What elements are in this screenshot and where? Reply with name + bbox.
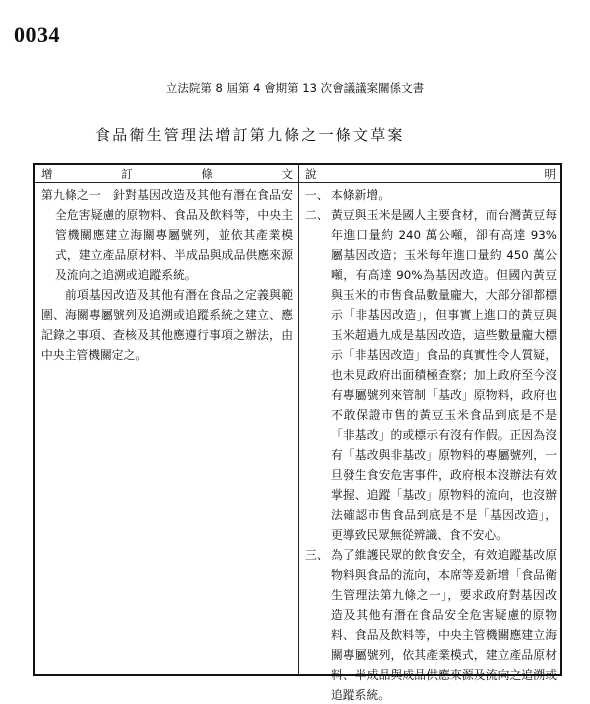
explanation-item: 三、 為了維護民眾的飲食安全，有效追蹤基改原物料與食品的流向，本席等爰新增「食品… xyxy=(305,545,557,704)
header-char: 說 xyxy=(305,166,317,182)
amendment-table: 增 訂 條 文 說 明 第九條之一 針對基因改造及其他有潛在食品安全危害疑慮的原… xyxy=(33,163,562,676)
item-text: 黃豆與玉米是國人主要食材，而台灣黃豆每年進口量約 240 萬公噸，卻有高達 93… xyxy=(331,205,557,545)
amendment-text-column: 第九條之一 針對基因改造及其他有潛在食品安全危害疑慮的原物料、食品及飲料等，中央… xyxy=(41,185,293,365)
document-title: 食品衛生管理法增訂第九條之一條文草案 xyxy=(95,124,405,145)
header-char: 訂 xyxy=(121,166,133,182)
explanation-column: 一、 本條新增。 二、 黃豆與玉米是國人主要食材，而台灣黃豆每年進口量約 240… xyxy=(305,185,557,704)
article-paragraph-2: 前項基因改造及其他有潛在食品之定義與範圍、海關專屬號列及追溯或追蹤系統之建立、應… xyxy=(41,285,293,365)
item-text: 為了維護民眾的飲食安全，有效追蹤基改原物料與食品的流向，本席等爰新增「食品衛生管… xyxy=(331,545,557,704)
item-number: 二、 xyxy=(305,205,331,545)
article-label: 第九條之一 xyxy=(41,188,101,202)
document-header: 立法院第 8 屆第 4 會期第 13 次會議議案關係文書 xyxy=(0,80,590,96)
column-header-amendment: 增 訂 條 文 xyxy=(35,165,298,182)
header-char: 文 xyxy=(281,166,293,182)
item-number: 一、 xyxy=(305,185,331,205)
column-divider xyxy=(298,165,299,674)
article-paragraph-1: 第九條之一 針對基因改造及其他有潛在食品安全危害疑慮的原物料、食品及飲料等，中央… xyxy=(41,185,293,285)
item-text: 本條新增。 xyxy=(331,185,557,205)
explanation-item: 二、 黃豆與玉米是國人主要食材，而台灣黃豆每年進口量約 240 萬公噸，卻有高達… xyxy=(305,205,557,545)
column-header-explanation: 說 明 xyxy=(299,165,560,182)
table-header-row: 增 訂 條 文 說 明 xyxy=(35,165,560,183)
header-char: 明 xyxy=(545,166,557,182)
explanation-item: 一、 本條新增。 xyxy=(305,185,557,205)
header-char: 條 xyxy=(201,166,213,182)
page-number: 0034 xyxy=(14,22,60,48)
header-char: 增 xyxy=(41,166,53,182)
item-number: 三、 xyxy=(305,545,331,704)
article-paragraph-1-text: 針對基因改造及其他有潛在食品安全危害疑慮的原物料、食品及飲料等，中央主管機關應建… xyxy=(55,188,293,282)
